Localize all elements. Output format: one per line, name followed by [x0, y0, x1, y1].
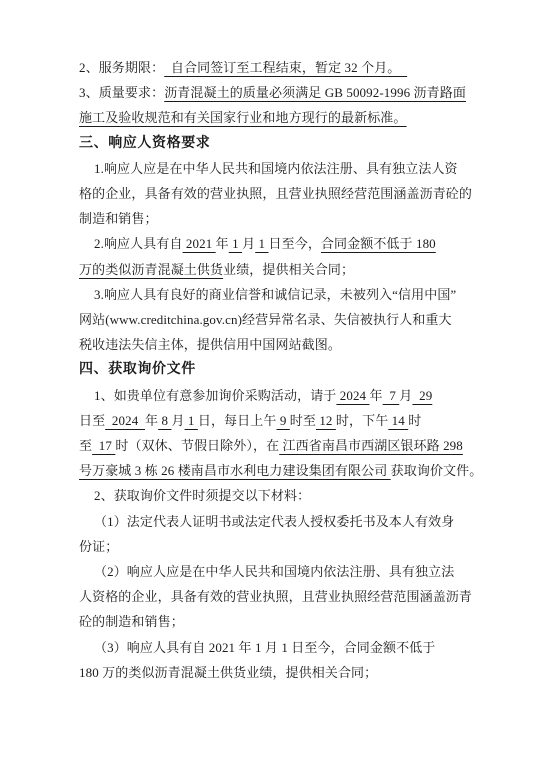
document-line: 砼的制造和销售； — [79, 609, 474, 634]
filled-blank-underlined-text: 江西省南昌市西湖区银环路 298 — [279, 438, 463, 453]
text-segment: 日，每日上午 — [198, 413, 277, 428]
text-segment: 砼的制造和销售； — [79, 614, 184, 629]
document-line: 日至 2024 年 8 月 1 日，每日上午 9 时至 12 时，下午 14 时 — [79, 408, 474, 433]
text-segment: （1）法定代表人证明书或法定代表人授权委托书及本人有效身 — [94, 514, 454, 529]
text-segment: 网站(www.creditchina.gov.cn)经营异常名录、失信被执行人和… — [79, 312, 452, 327]
document-line: 网站(www.creditchina.gov.cn)经营异常名录、失信被执行人和… — [79, 307, 474, 332]
filled-blank-underlined-text: 7 — [383, 388, 400, 403]
document-line: 万的类似沥青混凝土供货业绩，提供相关合同； — [79, 257, 474, 282]
document-line: 2、获取询价文件时须提交以下材料： — [79, 483, 474, 508]
text-segment: 四、获取询价文件 — [79, 362, 196, 377]
text-segment: 人资格的企业，具备有效的营业执照，且营业执照经营范围涵盖沥青 — [79, 589, 472, 604]
text-segment: 至 — [79, 438, 92, 453]
filled-blank-underlined-text: 2024 — [336, 388, 369, 403]
document-line: 人资格的企业，具备有效的营业执照，且营业执照经营范围涵盖沥青 — [79, 584, 474, 609]
document-line: 180 万的类似沥青混凝土供货业绩，提供相关合同； — [79, 660, 474, 685]
text-segment: 1、如贵单位有意参加询价采购活动，请于 — [94, 388, 336, 403]
text-segment: 年 — [370, 388, 383, 403]
text-segment: 份证； — [79, 539, 118, 554]
filled-blank-underlined-text: 万的类似沥青混凝土供货 — [79, 262, 223, 277]
text-segment: 业绩，提供相关合同； — [223, 262, 354, 277]
text-segment: 月 — [399, 388, 412, 403]
document-line: 1、如贵单位有意参加询价采购活动，请于 2024 年 7 月 29 — [79, 383, 474, 408]
text-segment: 日至今， — [269, 236, 321, 251]
document-line: 3、质量要求：沥青混凝土的质量必须满足 GB 50092-1996 沥青路面 — [79, 80, 474, 105]
filled-blank-underlined-text: 沥青混凝土的质量必须满足 GB 50092-1996 沥青路面 — [164, 85, 466, 100]
document-line: 3.响应人具有良好的商业信誉和诚信记录，未被列入“信用中国” — [79, 282, 474, 307]
document-line: 制造和销售； — [79, 206, 474, 231]
filled-blank-underlined-text: 1 — [229, 236, 242, 251]
document-line: （2）响应人应是在中华人民共和国境内依法注册、具有独立法 — [79, 559, 474, 584]
document-line: 份证； — [79, 534, 474, 559]
filled-blank-underlined-text: 自合同签订至工程结束，暂定 32 个月。 — [164, 60, 407, 75]
filled-blank-underlined-text: 17 — [92, 438, 115, 453]
filled-blank-underlined-text: 施工及验收规范和有关国家行业和地方现行的最新标准。 — [79, 110, 407, 125]
text-segment: （3）响应人具有自 2021 年 1 月 1 日至今，合同金额不低于 — [94, 640, 435, 655]
text-segment: 时（双休、节假日除外），在 — [115, 438, 279, 453]
text-segment: 月 — [242, 236, 255, 251]
filled-blank-underlined-text: 8 — [158, 413, 171, 428]
text-segment: 年 — [216, 236, 229, 251]
text-segment: 3.响应人具有良好的商业信誉和诚信记录，未被列入“信用中国” — [94, 287, 456, 302]
document-body: 2、服务期限： 自合同签订至工程结束，暂定 32 个月。 3、质量要求：沥青混凝… — [79, 55, 474, 685]
document-line: 格的企业，具备有效的营业执照，且营业执照经营范围涵盖沥青砼的 — [79, 181, 474, 206]
text-segment: 年 — [145, 413, 158, 428]
document-line: （3）响应人具有自 2021 年 1 月 1 日至今，合同金额不低于 — [79, 635, 474, 660]
text-segment: 2.响应人具有自 — [94, 236, 183, 251]
filled-blank-underlined-text: 2024 — [105, 413, 145, 428]
filled-blank-underlined-text: 29 — [412, 388, 432, 403]
text-segment: 2、获取询价文件时须提交以下材料： — [94, 488, 310, 503]
filled-blank-underlined-text: 号万豪城 3 栋 26 楼南昌市水利电力建设集团有限公司 — [79, 463, 391, 478]
document-line: （1）法定代表人证明书或法定代表人授权委托书及本人有效身 — [79, 509, 474, 534]
filled-blank-underlined-text: 1 — [255, 236, 268, 251]
document-line: 至 17 时（双休、节假日除外），在 江西省南昌市西湖区银环路 298 — [79, 433, 474, 458]
text-segment: 2、服务期限： — [79, 60, 164, 75]
document-line: 施工及验收规范和有关国家行业和地方现行的最新标准。 — [79, 105, 474, 130]
document-line: 号万豪城 3 栋 26 楼南昌市水利电力建设集团有限公司 获取询价文件。 — [79, 458, 474, 483]
text-segment: 获取询价文件。 — [391, 463, 483, 478]
filled-blank-underlined-text: 14 — [388, 413, 408, 428]
text-segment: 格的企业，具备有效的营业执照，且营业执照经营范围涵盖沥青砼的 — [79, 186, 472, 201]
text-segment: 时，下午 — [336, 413, 388, 428]
text-segment: 制造和销售； — [79, 211, 158, 226]
filled-blank-underlined-text: 合同金额不低于 180 — [321, 236, 436, 251]
text-segment: 时至 — [290, 413, 316, 428]
text-segment: 3、质量要求： — [79, 85, 164, 100]
section-heading: 三、响应人资格要求 — [79, 131, 474, 156]
text-segment: 月 — [171, 413, 184, 428]
text-segment: 时 — [408, 413, 421, 428]
filled-blank-underlined-text: 1 — [185, 413, 198, 428]
text-segment: （2）响应人应是在中华人民共和国境内依法注册、具有独立法 — [94, 564, 454, 579]
document-line: 税收违法失信主体，提供信用中国网站截图。 — [79, 332, 474, 357]
document-page: 2、服务期限： 自合同签订至工程结束，暂定 32 个月。 3、质量要求：沥青混凝… — [0, 0, 550, 778]
document-line: 1.响应人应是在中华人民共和国境内依法注册、具有独立法人资 — [79, 156, 474, 181]
text-segment: 日至 — [79, 413, 105, 428]
text-segment: 三、响应人资格要求 — [79, 136, 210, 151]
filled-blank-underlined-text: 12 — [316, 413, 336, 428]
document-line: 2.响应人具有自 2021 年 1 月 1 日至今，合同金额不低于 180 — [79, 231, 474, 256]
text-segment: 税收违法失信主体，提供信用中国网站截图。 — [79, 337, 341, 352]
section-heading: 四、获取询价文件 — [79, 357, 474, 382]
filled-blank-underlined-text: 2021 — [183, 236, 216, 251]
document-line: 2、服务期限： 自合同签订至工程结束，暂定 32 个月。 — [79, 55, 474, 80]
text-segment: 180 万的类似沥青混凝土供货业绩，提供相关合同； — [79, 665, 377, 680]
text-segment: 1.响应人应是在中华人民共和国境内依法注册、具有独立法人资 — [94, 161, 458, 176]
filled-blank-underlined-text: 9 — [276, 413, 289, 428]
